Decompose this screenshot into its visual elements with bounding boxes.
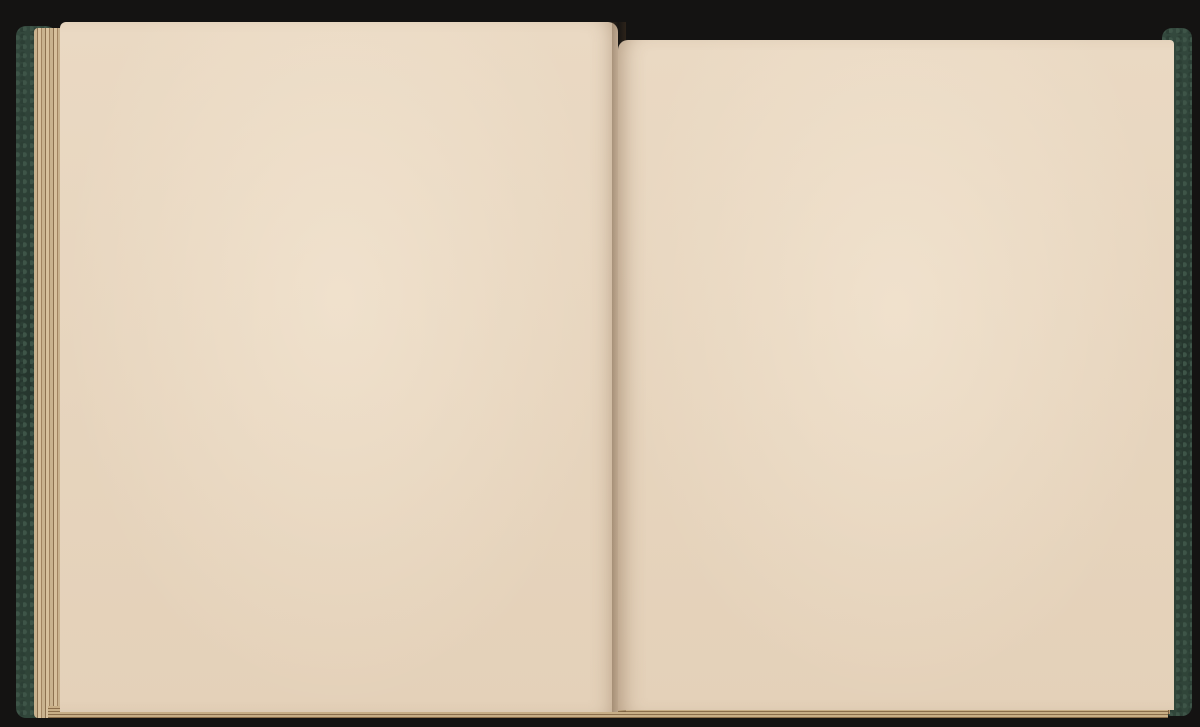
right-page — [618, 40, 1174, 710]
open-book — [8, 22, 1192, 722]
left-page — [60, 22, 618, 712]
